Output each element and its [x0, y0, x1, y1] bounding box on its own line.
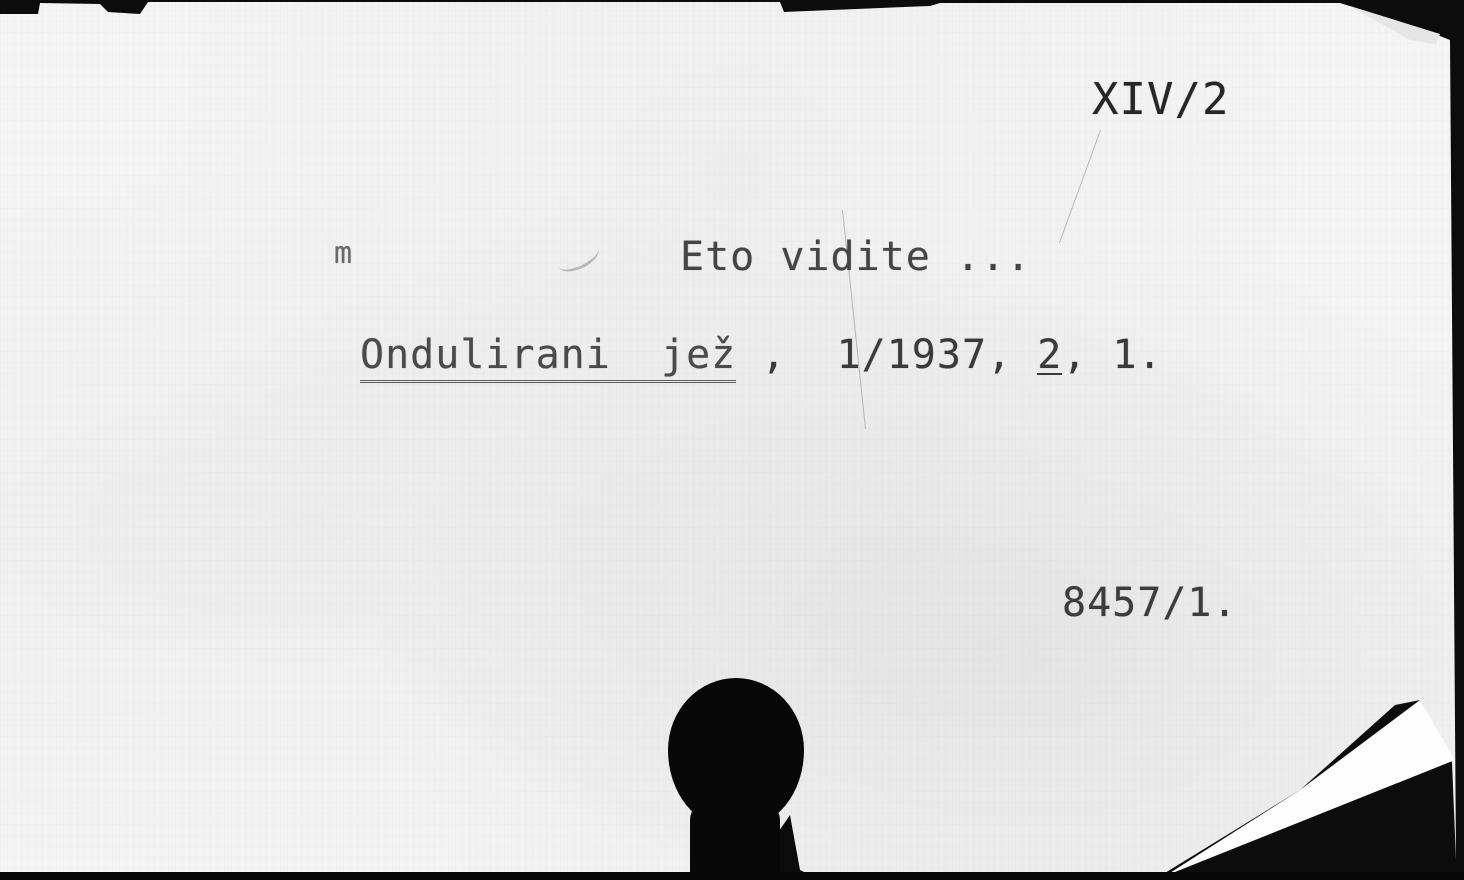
shelfmark: XIV/2	[1092, 74, 1229, 125]
source-page: , 1.	[1062, 332, 1162, 378]
prefix-mark: m	[334, 236, 353, 271]
source-date: 1/1937,	[837, 332, 1013, 378]
scan-edge-bottom	[0, 872, 1464, 880]
card-scan: XIV/2 m Eto vidite ... Ondulirani jež , …	[0, 0, 1464, 880]
source-citation: Ondulirani jež , 1/1937, 2, 1.	[360, 332, 1163, 392]
source-separator: ,	[736, 332, 836, 378]
accession-number: 8457/1.	[1062, 580, 1238, 626]
source-name: Ondulirani jež	[360, 332, 736, 383]
entry-title: Eto vidite ...	[680, 234, 1031, 280]
punch-hole-shadow-stem	[690, 800, 780, 880]
source-issue: 2	[1037, 337, 1062, 375]
